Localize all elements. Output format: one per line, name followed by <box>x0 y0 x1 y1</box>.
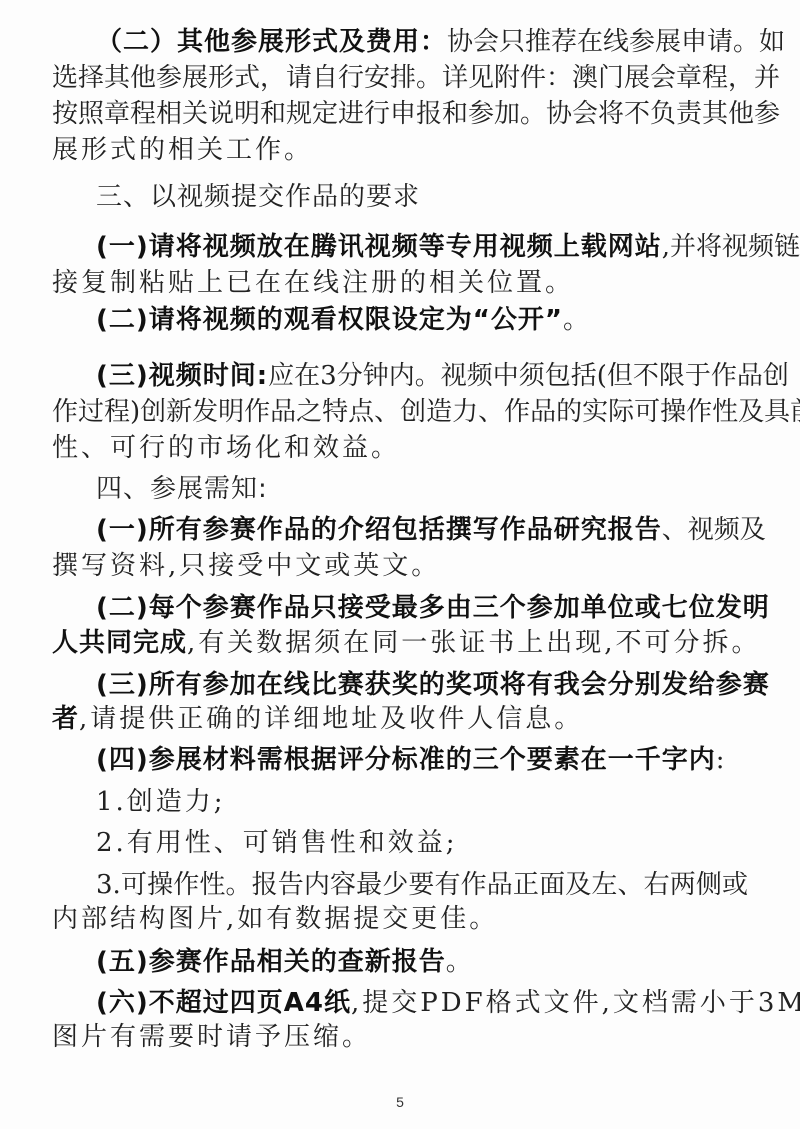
body-text: 协会只推荐在线参展申请。如 <box>447 27 785 57</box>
bold-heading-text: (四)参展材料需根据评分标准的三个要素在一千字内 <box>96 745 716 775</box>
paragraph-line: (四)参展材料需根据评分标准的三个要素在一千字内: <box>96 743 796 777</box>
document-page: （二）其他参展形式及费用：协会只推荐在线参展申请。如 选择其他参展形式，请自行安… <box>0 0 800 1129</box>
body-text: 作过程)创新发明作品之特点、创造力、作品的实际可操作性及具前瞻 <box>52 397 800 427</box>
paragraph-line: 性、可行的市场化和效益。 <box>52 431 752 465</box>
paragraph-line: (三)所有参加在线比赛获奖的奖项将有我会分别发给参赛 <box>96 668 748 702</box>
section-heading: 四、参展需知: <box>96 472 796 506</box>
body-text: 接复制粘贴上已在在线注册的相关位置。 <box>52 268 574 298</box>
paragraph-line: (五)参赛作品相关的查新报告。 <box>96 945 796 979</box>
bold-heading-text: 人共同完成 <box>52 628 187 658</box>
bold-heading-text: (一)请将视频放在腾讯视频等专用视频上载网站 <box>96 232 662 262</box>
bold-heading-text: (三)视频时间: <box>96 361 268 391</box>
body-text: ,有关数据须在同一张证书上出现,不可分拆。 <box>187 628 761 658</box>
bold-heading-text: (六)不超过四页A4纸 <box>96 988 351 1018</box>
paragraph-line: 撰写资料,只接受中文或英文。 <box>52 549 752 583</box>
body-text: ,并将视频链 <box>662 232 800 262</box>
paragraph-line: (一)所有参赛作品的介绍包括撰写作品研究报告、视频及 <box>96 513 748 547</box>
bold-heading-text: (二)请将视频的观看权限设定为“公开” <box>96 305 563 335</box>
body-text: 。 <box>563 305 592 335</box>
body-text: ,提交PDF格式文件,文档需小于3MB。 <box>351 988 800 1018</box>
list-item: 1.创造力; <box>96 785 796 819</box>
page-number: 5 <box>0 1094 800 1110</box>
body-text: 撰写资料,只接受中文或英文。 <box>52 551 440 581</box>
bold-heading-text: (二)每个参赛作品只接受最多由三个参加单位或七位发明 <box>96 593 770 623</box>
body-text: 2.有用性、可销售性和效益; <box>96 828 458 858</box>
paragraph-line: 接复制粘贴上已在在线注册的相关位置。 <box>52 266 752 300</box>
body-text: 应在3分钟内。视频中须包括(但不限于作品创 <box>268 361 789 391</box>
paragraph-line: 选择其他参展形式，请自行安排。详见附件：澳门展会章程，并 <box>52 61 748 95</box>
paragraph-line: 图片有需要时请予压缩。 <box>52 1020 752 1054</box>
body-text: 内部结构图片,如有数据提交更佳。 <box>52 904 498 934</box>
body-text: 展形式的相关工作。 <box>52 135 313 165</box>
body-text: : <box>716 745 728 775</box>
bold-heading-text: 者 <box>52 704 79 734</box>
body-text: 选择其他参展形式，请自行安排。详见附件：澳门展会章程，并 <box>52 63 780 93</box>
paragraph-line: 作过程)创新发明作品之特点、创造力、作品的实际可操作性及具前瞻 <box>52 395 748 429</box>
body-text: 1.创造力; <box>96 787 226 817</box>
paragraph-line: （二）其他参展形式及费用：协会只推荐在线参展申请。如 <box>96 25 748 59</box>
paragraph-line: (二)请将视频的观看权限设定为“公开”。 <box>96 303 796 337</box>
section-heading: 三、以视频提交作品的要求 <box>96 180 796 214</box>
list-item: 2.有用性、可销售性和效益; <box>96 826 796 860</box>
list-item: 3.可操作性。报告内容最少要有作品正面及左、右两侧或 <box>96 868 748 902</box>
body-text: 3.可操作性。报告内容最少要有作品正面及左、右两侧或 <box>96 870 748 900</box>
paragraph-line: (一)请将视频放在腾讯视频等专用视频上载网站,并将视频链 <box>96 230 748 264</box>
paragraph-line: (三)视频时间:应在3分钟内。视频中须包括(但不限于作品创 <box>96 359 748 393</box>
paragraph-line: (六)不超过四页A4纸,提交PDF格式文件,文档需小于3MB。 <box>96 986 796 1020</box>
body-text: 、视频及 <box>662 515 766 545</box>
body-text: 性、可行的市场化和效益。 <box>52 433 400 463</box>
bold-heading-text: (三)所有参加在线比赛获奖的奖项将有我会分别发给参赛 <box>96 670 770 700</box>
bold-heading-text: (五)参赛作品相关的查新报告 <box>96 947 446 977</box>
paragraph-line: (二)每个参赛作品只接受最多由三个参加单位或七位发明 <box>96 591 748 625</box>
body-text: 。 <box>446 947 475 977</box>
bold-heading-text: （二）其他参展形式及费用： <box>96 27 447 57</box>
paragraph-line: 按照章程相关说明和规定进行申报和参加。协会将不负责其他参 <box>52 97 748 131</box>
section-heading-text: 四、参展需知: <box>96 474 268 504</box>
paragraph-line: 展形式的相关工作。 <box>52 133 752 167</box>
section-heading-text: 三、以视频提交作品的要求 <box>96 182 420 212</box>
paragraph-line: 人共同完成,有关数据须在同一张证书上出现,不可分拆。 <box>52 626 752 660</box>
body-text: ,请提供正确的详细地址及收件人信息。 <box>79 704 583 734</box>
bold-heading-text: (一)所有参赛作品的介绍包括撰写作品研究报告 <box>96 515 662 545</box>
body-text: 按照章程相关说明和规定进行申报和参加。协会将不负责其他参 <box>52 99 780 129</box>
paragraph-line: 者,请提供正确的详细地址及收件人信息。 <box>52 702 752 736</box>
paragraph-line: 内部结构图片,如有数据提交更佳。 <box>52 902 752 936</box>
body-text: 图片有需要时请予压缩。 <box>52 1022 371 1052</box>
